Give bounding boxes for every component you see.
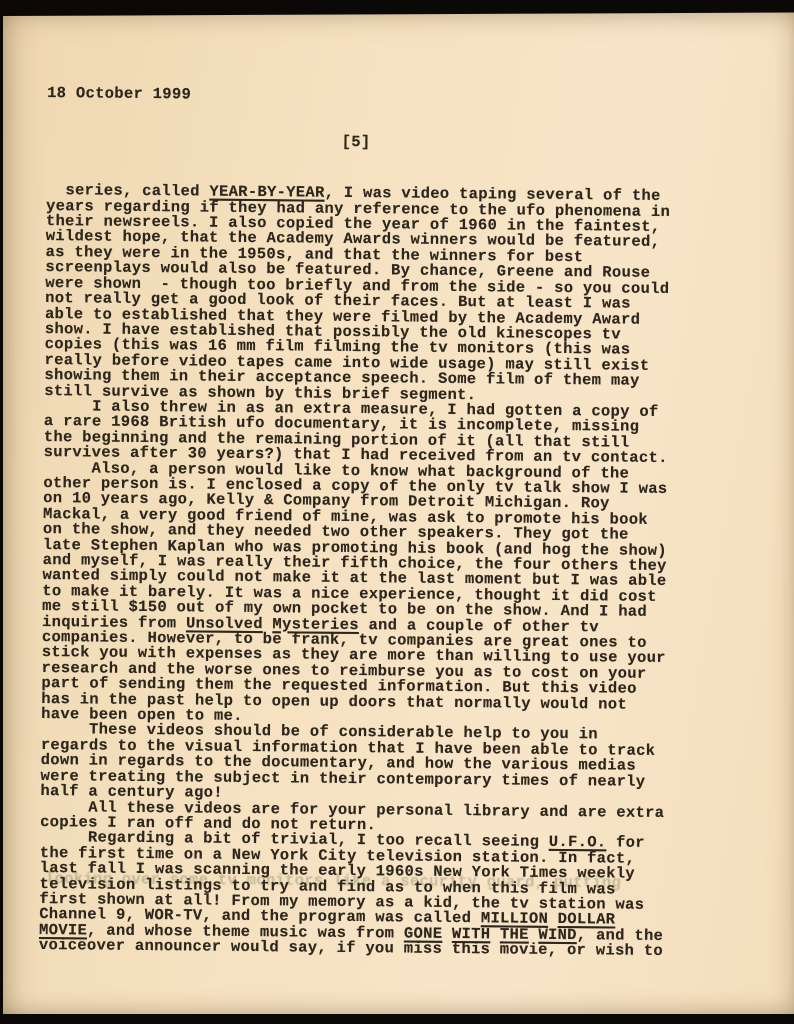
scan-backdrop: looking over some tv monitors like a sec… [0, 0, 794, 1024]
text-line: voiceover announcer would say, if you mi… [39, 938, 663, 959]
page-number: [5] [47, 132, 671, 153]
date-line: 18 October 1999 [47, 86, 671, 107]
letter-text-block: 18 October 1999 [5] series, called YEAR-… [39, 55, 672, 990]
paper-page: looking over some tv monitors like a sec… [3, 12, 794, 1014]
body-lines: series, called YEAR-BY-YEAR, I was video… [39, 183, 671, 959]
